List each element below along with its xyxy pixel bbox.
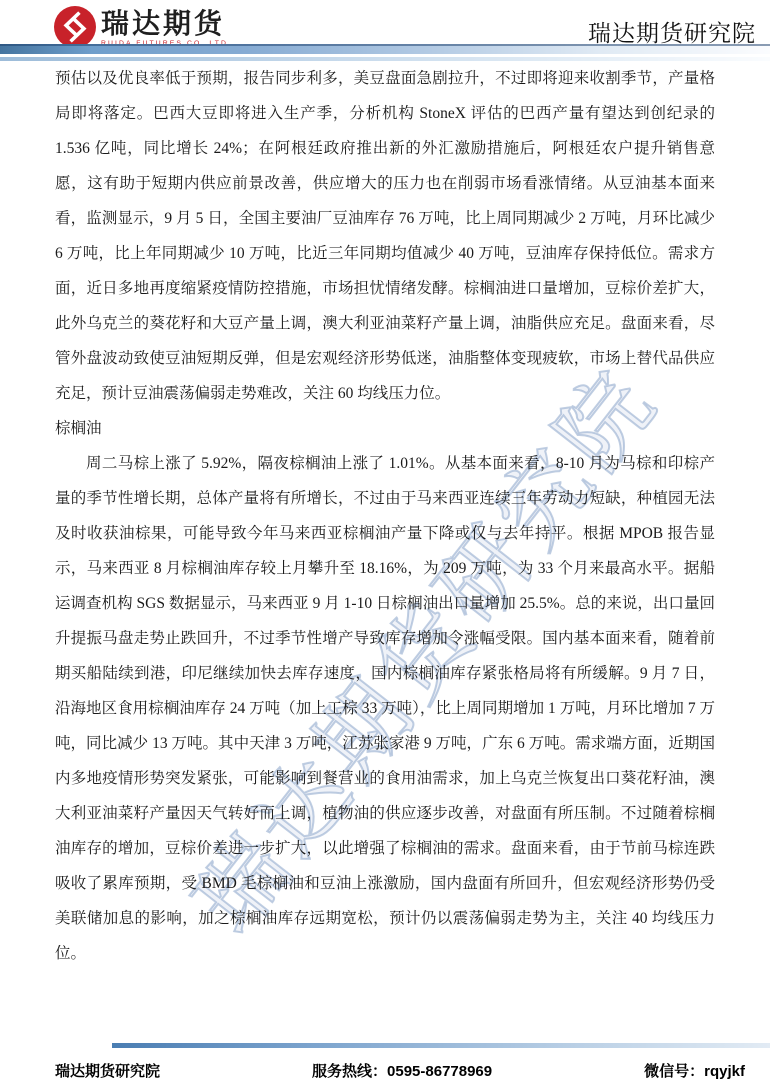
logo-text-block: 瑞达期货 RUIDA FUTURES CO.,LTD. (101, 6, 232, 47)
ruida-logo-icon (54, 6, 96, 48)
header-divider-main-band (0, 44, 770, 54)
footer-wechat: 微信号：rqyjkf (644, 1060, 745, 1081)
report-page: { "header": { "logo_brand": "瑞达期货", "log… (0, 0, 770, 1089)
logo-brand-text: 瑞达期货 (101, 9, 232, 38)
footer-hotline-number: 0595-86778969 (387, 1063, 492, 1080)
header-divider (0, 44, 770, 61)
paragraph-palm-oil: 周二马棕上涨了 5.92%，隔夜棕榈油上涨了 1.01%。从基本面来看，8-10… (55, 446, 715, 971)
footer-hotline: 服务热线：0595-86778969 (312, 1060, 492, 1081)
paragraph-soybean-oil: 预估以及优良率低于预期，报告同步利多，美豆盘面急剧拉升，不过即将迎来收割季节，产… (55, 61, 715, 411)
footer-divider (112, 1043, 770, 1048)
report-body: 预估以及优良率低于预期，报告同步利多，美豆盘面急剧拉升，不过即将迎来收割季节，产… (55, 61, 715, 971)
footer-institute: 瑞达期货研究院 (55, 1060, 160, 1081)
footer-hotline-label: 服务热线： (312, 1063, 387, 1080)
footer-wechat-label: 微信号： (644, 1063, 704, 1080)
company-logo: 瑞达期货 RUIDA FUTURES CO.,LTD. (54, 6, 232, 48)
section-title-palm-oil: 棕榈油 (55, 411, 715, 446)
page-footer: 瑞达期货研究院 服务热线：0595-86778969 微信号：rqyjkf (55, 1058, 745, 1082)
footer-wechat-id: rqyjkf (704, 1063, 745, 1080)
